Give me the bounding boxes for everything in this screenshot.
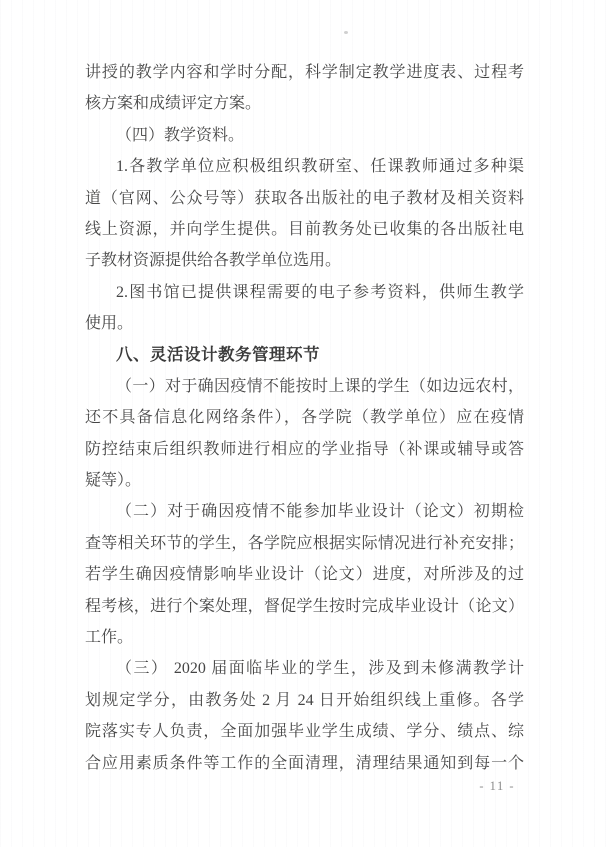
text-line: 2.图书馆已提供课程需要的电子参考资料，供师生教学 <box>85 277 524 308</box>
text-line: 线上资源，并向学生提供。目前教务处已收集的各出版社电 <box>85 214 524 245</box>
text-line: 子教材资源提供给各教学单位选用。 <box>85 245 524 276</box>
text-line: （一）对于确因疫情不能按时上课的学生（如边远农村， <box>85 371 524 402</box>
text-line: 防控结束后组织教师进行相应的学业指导（补课或辅导或答 <box>85 434 524 465</box>
text-line: 合应用素质条件等工作的全面清理，清理结果通知到每一个 <box>85 748 524 779</box>
document-page: 讲授的教学内容和学时分配，科学制定教学进度表、过程考核方案和成绩评定方案。（四）… <box>0 0 609 847</box>
text-line: （三） 2020 届面临毕业的学生，涉及到未修满教学计 <box>85 653 524 684</box>
section-heading: 八、灵活设计教务管理环节 <box>85 340 524 371</box>
page-number: - 11 - <box>479 779 515 794</box>
text-line: （四）教学资料。 <box>85 120 524 151</box>
text-line: 查等相关环节的学生，各学院应根据实际情况进行补充安排； <box>85 528 524 559</box>
document-body: 讲授的教学内容和学时分配，科学制定教学进度表、过程考核方案和成绩评定方案。（四）… <box>85 57 524 779</box>
text-line: 若学生确因疫情影响毕业设计（论文）进度，对所涉及的过 <box>85 559 524 590</box>
text-line: 核方案和成绩评定方案。 <box>85 88 524 119</box>
text-line: （二）对于确因疫情不能参加毕业设计（论文）初期检 <box>85 496 524 527</box>
text-line: 划规定学分，由教务处 2 月 24 日开始组织线上重修。各学 <box>85 685 524 716</box>
scan-speck <box>344 31 348 34</box>
text-line: 工作。 <box>85 622 524 653</box>
text-line: 院落实专人负责，全面加强毕业学生成绩、学分、绩点、综 <box>85 716 524 747</box>
text-line: 1.各教学单位应积极组织教研室、任课教师通过多种渠 <box>85 151 524 182</box>
text-line: 讲授的教学内容和学时分配，科学制定教学进度表、过程考 <box>85 57 524 88</box>
text-line: 程考核，进行个案处理，督促学生按时完成毕业设计（论文） <box>85 591 524 622</box>
text-line: 使用。 <box>85 308 524 339</box>
text-line: 疑等）。 <box>85 465 524 496</box>
text-line: 道（官网、公众号等）获取各出版社的电子教材及相关资料 <box>85 183 524 214</box>
text-line: 还不具备信息化网络条件），各学院（教学单位）应在疫情 <box>85 402 524 433</box>
